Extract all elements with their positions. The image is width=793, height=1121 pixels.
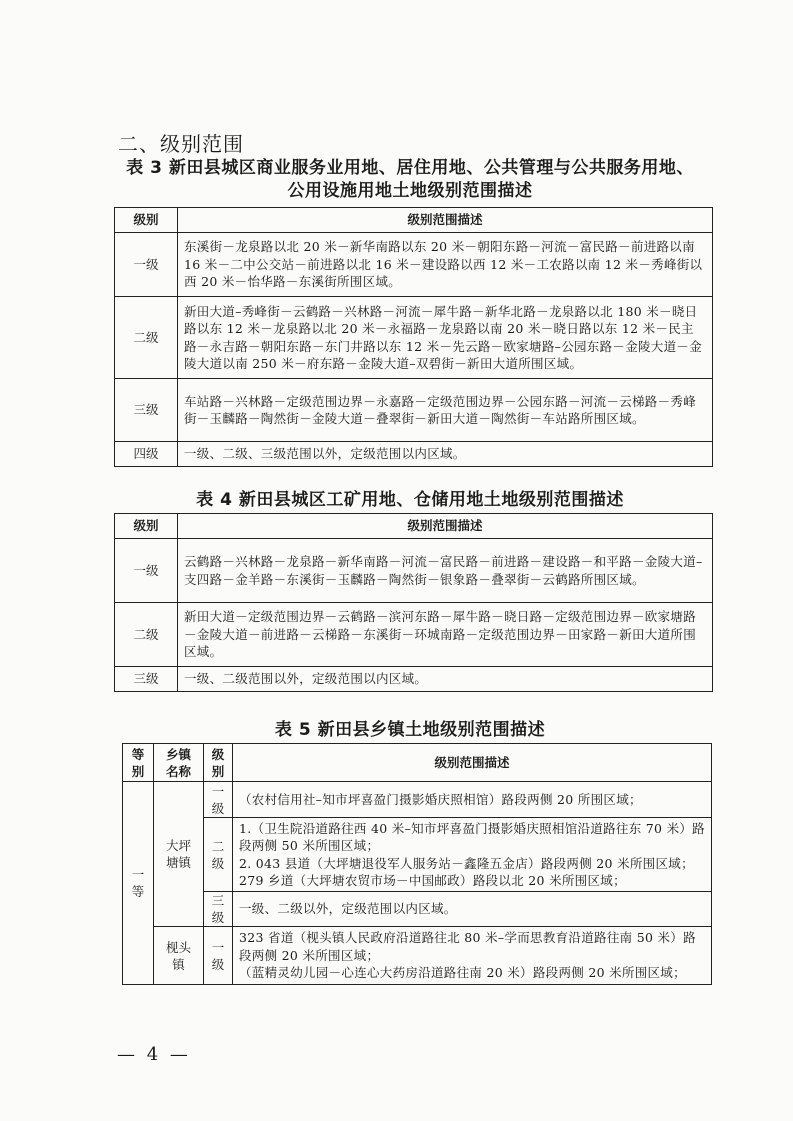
level-cell: 三级 (115, 379, 178, 442)
description-cell: 新田大道–秀峰街－云鹤路－兴林路－河流－犀牛路－新华北路－龙泉路以北 180 米… (178, 297, 713, 379)
level-cell: 一级 (115, 539, 178, 603)
table-row: 三级 一级、二级以外，定级范围以内区域。 (123, 892, 712, 927)
description-cell: 云鹤路－兴林路－龙泉路－新华南路－河流－富民路－前进路－建设路－和平路－金陵大道… (178, 539, 713, 603)
table-header-row: 等别 乡镇名称 级别 级别范围描述 (123, 744, 712, 782)
table3-title-line1: 表 3 新田县城区商业服务业用地、居住用地、公共管理与公共服务用地、 (100, 157, 720, 180)
table-row: 二级 1.（卫生院沿道路往西 40 米–知市坪喜盈门摄影婚庆照相馆沿道路往东 7… (123, 818, 712, 892)
header-town: 乡镇名称 (154, 744, 204, 782)
table-row: 二级 新田大道–秀峰街－云鹤路－兴林路－河流－犀牛路－新华北路－龙泉路以北 18… (115, 297, 713, 379)
table-row: 一级 东溪街－龙泉路以北 20 米－新华南路以东 20 米－朝阳东路－河流－富民… (115, 233, 713, 297)
level-cell: 一级 (204, 927, 233, 985)
header-level: 级别 (115, 208, 178, 233)
header-level: 级别 (204, 744, 233, 782)
table3: 级别 级别范围描述 一级 东溪街－龙泉路以北 20 米－新华南路以东 20 米－… (114, 207, 713, 467)
table-row: 四级 一级、二级、三级范围以外，定级范围以内区域。 (115, 442, 713, 467)
grade-cell: 一等 (123, 782, 154, 985)
description-cell: 323 省道（枧头镇人民政府沿道路往北 80 米–学而思教育沿道路往南 50 米… (233, 927, 712, 985)
level-cell: 二级 (115, 297, 178, 379)
table-header-row: 级别 级别范围描述 (115, 514, 713, 539)
table3-title-line2: 公用设施用地土地级别范围描述 (100, 180, 720, 203)
table-row: 二级 新田大道－定级范围边界－云鹤路－滨河东路－犀牛路－晓日路－定级范围边界－欧… (115, 603, 713, 667)
town-cell: 大坪塘镇 (154, 782, 204, 927)
header-description: 级别范围描述 (178, 514, 713, 539)
table-row: 枧头镇 一级 323 省道（枧头镇人民政府沿道路往北 80 米–学而思教育沿道路… (123, 927, 712, 985)
table-row: 一等 大坪塘镇 一级 （农村信用社–知市坪喜盈门摄影婚庆照相馆）路段两侧 20 … (123, 782, 712, 818)
description-cell: 车站路－兴林路－定级范围边界－永嘉路－定级范围边界－公园东路－河流－云梯路－秀峰… (178, 379, 713, 442)
description-cell: 1.（卫生院沿道路往西 40 米–知市坪喜盈门摄影婚庆照相馆沿道路往东 70 米… (233, 818, 712, 892)
description-cell: 一级、二级、三级范围以外，定级范围以内区域。 (178, 442, 713, 467)
header-grade: 等别 (123, 744, 154, 782)
description-cell: 一级、二级范围以外，定级范围以内区域。 (178, 667, 713, 692)
section-heading: 二、级别范围 (118, 128, 244, 157)
level-cell: 二级 (115, 603, 178, 667)
description-cell: 东溪街－龙泉路以北 20 米－新华南路以东 20 米－朝阳东路－河流－富民路－前… (178, 233, 713, 297)
description-cell: 新田大道－定级范围边界－云鹤路－滨河东路－犀牛路－晓日路－定级范围边界－欧家塘路… (178, 603, 713, 667)
level-cell: 三级 (115, 667, 178, 692)
description-cell: 一级、二级以外，定级范围以内区域。 (233, 892, 712, 927)
table-row: 三级 车站路－兴林路－定级范围边界－永嘉路－定级范围边界－公园东路－河流－云梯路… (115, 379, 713, 442)
level-cell: 一级 (115, 233, 178, 297)
table-header-row: 级别 级别范围描述 (115, 208, 713, 233)
header-description: 级别范围描述 (233, 744, 712, 782)
level-cell: 四级 (115, 442, 178, 467)
level-cell: 二级 (204, 818, 233, 892)
table4-title: 表 4 新田县城区工矿用地、仓储用地土地级别范围描述 (100, 489, 720, 512)
level-cell: 一级 (204, 782, 233, 818)
description-cell: （农村信用社–知市坪喜盈门摄影婚庆照相馆）路段两侧 20 所围区域； (233, 782, 712, 818)
table-row: 三级 一级、二级范围以外，定级范围以内区域。 (115, 667, 713, 692)
header-description: 级别范围描述 (178, 208, 713, 233)
town-cell: 枧头镇 (154, 927, 204, 985)
table5-title: 表 5 新田县乡镇土地级别范围描述 (100, 719, 720, 742)
header-level: 级别 (115, 514, 178, 539)
table5: 等别 乡镇名称 级别 级别范围描述 一等 大坪塘镇 一级 （农村信用社–知市坪喜… (122, 743, 712, 985)
level-cell: 三级 (204, 892, 233, 927)
table4: 级别 级别范围描述 一级 云鹤路－兴林路－龙泉路－新华南路－河流－富民路－前进路… (114, 513, 713, 692)
table-row: 一级 云鹤路－兴林路－龙泉路－新华南路－河流－富民路－前进路－建设路－和平路－金… (115, 539, 713, 603)
page-number: — 4 — (117, 1044, 191, 1065)
